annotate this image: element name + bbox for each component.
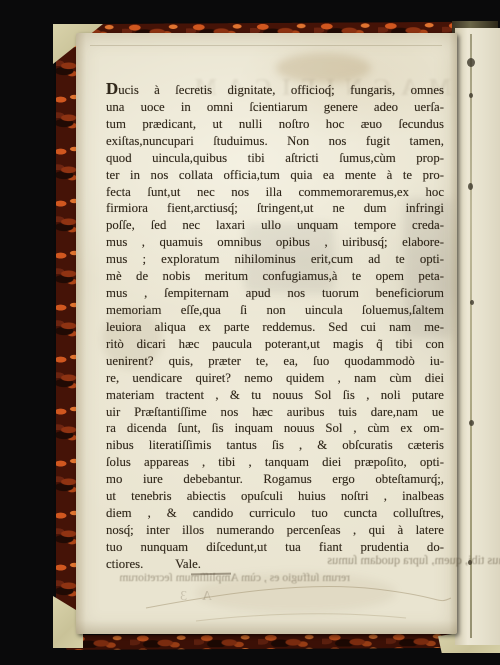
text-line: diem , & candido curriculo tuo cuncta co… <box>106 505 444 522</box>
ink-speck <box>470 300 474 305</box>
text-line: ctiores. Vale. <box>106 556 444 573</box>
text-line: tuo nunquam diſcedunt,ut tua fiant prude… <box>106 539 444 556</box>
text-line: leuiora aliqua ex parte reddemus. Sed cu… <box>106 319 444 336</box>
book-page: MAGNIFICAM Ducis à ſecretis dignitate, o… <box>76 33 457 634</box>
stain <box>196 573 396 613</box>
text-line: una uoce in omni ſcientiarum genere adeo… <box>106 99 444 116</box>
stain <box>276 53 371 83</box>
text-line: mus , quamuis omnibus opibus , uiribusq́… <box>106 234 444 251</box>
gutter-crease <box>470 34 472 638</box>
text-line: ter in nos collata officia,tum quia ea m… <box>106 167 444 184</box>
text-line: ritò dicari hæc paucula poterant,ut magi… <box>106 336 444 353</box>
ink-speck <box>468 183 473 190</box>
text-line: materiam tractent , & tu nouus Sol ſis ,… <box>106 387 444 404</box>
ink-speck <box>467 58 475 67</box>
text-line: mè de nobis meritum confugiamus,à te ope… <box>106 268 444 285</box>
text-block: Ducis à ſecretis dignitate, officioq́; f… <box>106 82 444 573</box>
text-line: ut tenebris abiectis opuſculi huius noſt… <box>106 488 444 505</box>
photo-background: MAGNIFICAM Ducis à ſecretis dignitate, o… <box>0 0 500 665</box>
text-line: quod uincula,quibus tibi aſtricti ſumus,… <box>106 150 444 167</box>
text-line: tum prædicant, ut nulli noſtro hoc æuo ſ… <box>106 116 444 133</box>
text-line: mus , ſempiternam apud nos tuorum benefi… <box>106 285 444 302</box>
adjacent-page-edge <box>455 28 500 645</box>
text-line: uir Præſtantiſſime nos hæc auribus tuis … <box>106 404 444 421</box>
ink-speck <box>469 420 474 426</box>
text-line: exiſtas,nuncupari ſtuduimus. Non nos fug… <box>106 133 444 150</box>
text-line: fecta ſunt,ut nec nos illa commemoraremu… <box>106 184 444 201</box>
text-line: Ducis à ſecretis dignitate, officioq́; f… <box>106 82 444 99</box>
text-line: nosq́; inter illos numerando percenſeas … <box>106 522 444 539</box>
text-line: re, uendicare quiret? nemo quidem , nam … <box>106 370 444 387</box>
ink-speck <box>469 93 473 98</box>
page-fold-line <box>90 45 442 46</box>
text-line: nibus literatiſſimis tantus ſis , & obſc… <box>106 437 444 454</box>
text-line: mo iure debebantur. Rogamus ergo obteſta… <box>106 471 444 488</box>
text-line: uenirent? quis, præter te, ea, ſuo quoda… <box>106 353 444 370</box>
marbled-edge-bottom <box>66 633 448 650</box>
text-line: ſolus appareas , tibi , tanquam diei præ… <box>106 454 444 471</box>
text-line: memoriam eſſe,qua ſi non uincula ſoluemu… <box>106 302 444 319</box>
text-line: firmiora fient,arctiusq́; ſtringent,ut n… <box>106 200 444 217</box>
ink-speck <box>468 560 472 565</box>
text-line: ra dicenda ſunt, ſis inquam nouus Sol , … <box>106 420 444 437</box>
text-line: mus ; exploratum nihilominus erit,cum ad… <box>106 251 444 268</box>
text-line: poſſe, ſed nec laxari ullo unquam tempor… <box>106 217 444 234</box>
vale-underline-mark <box>191 573 231 575</box>
